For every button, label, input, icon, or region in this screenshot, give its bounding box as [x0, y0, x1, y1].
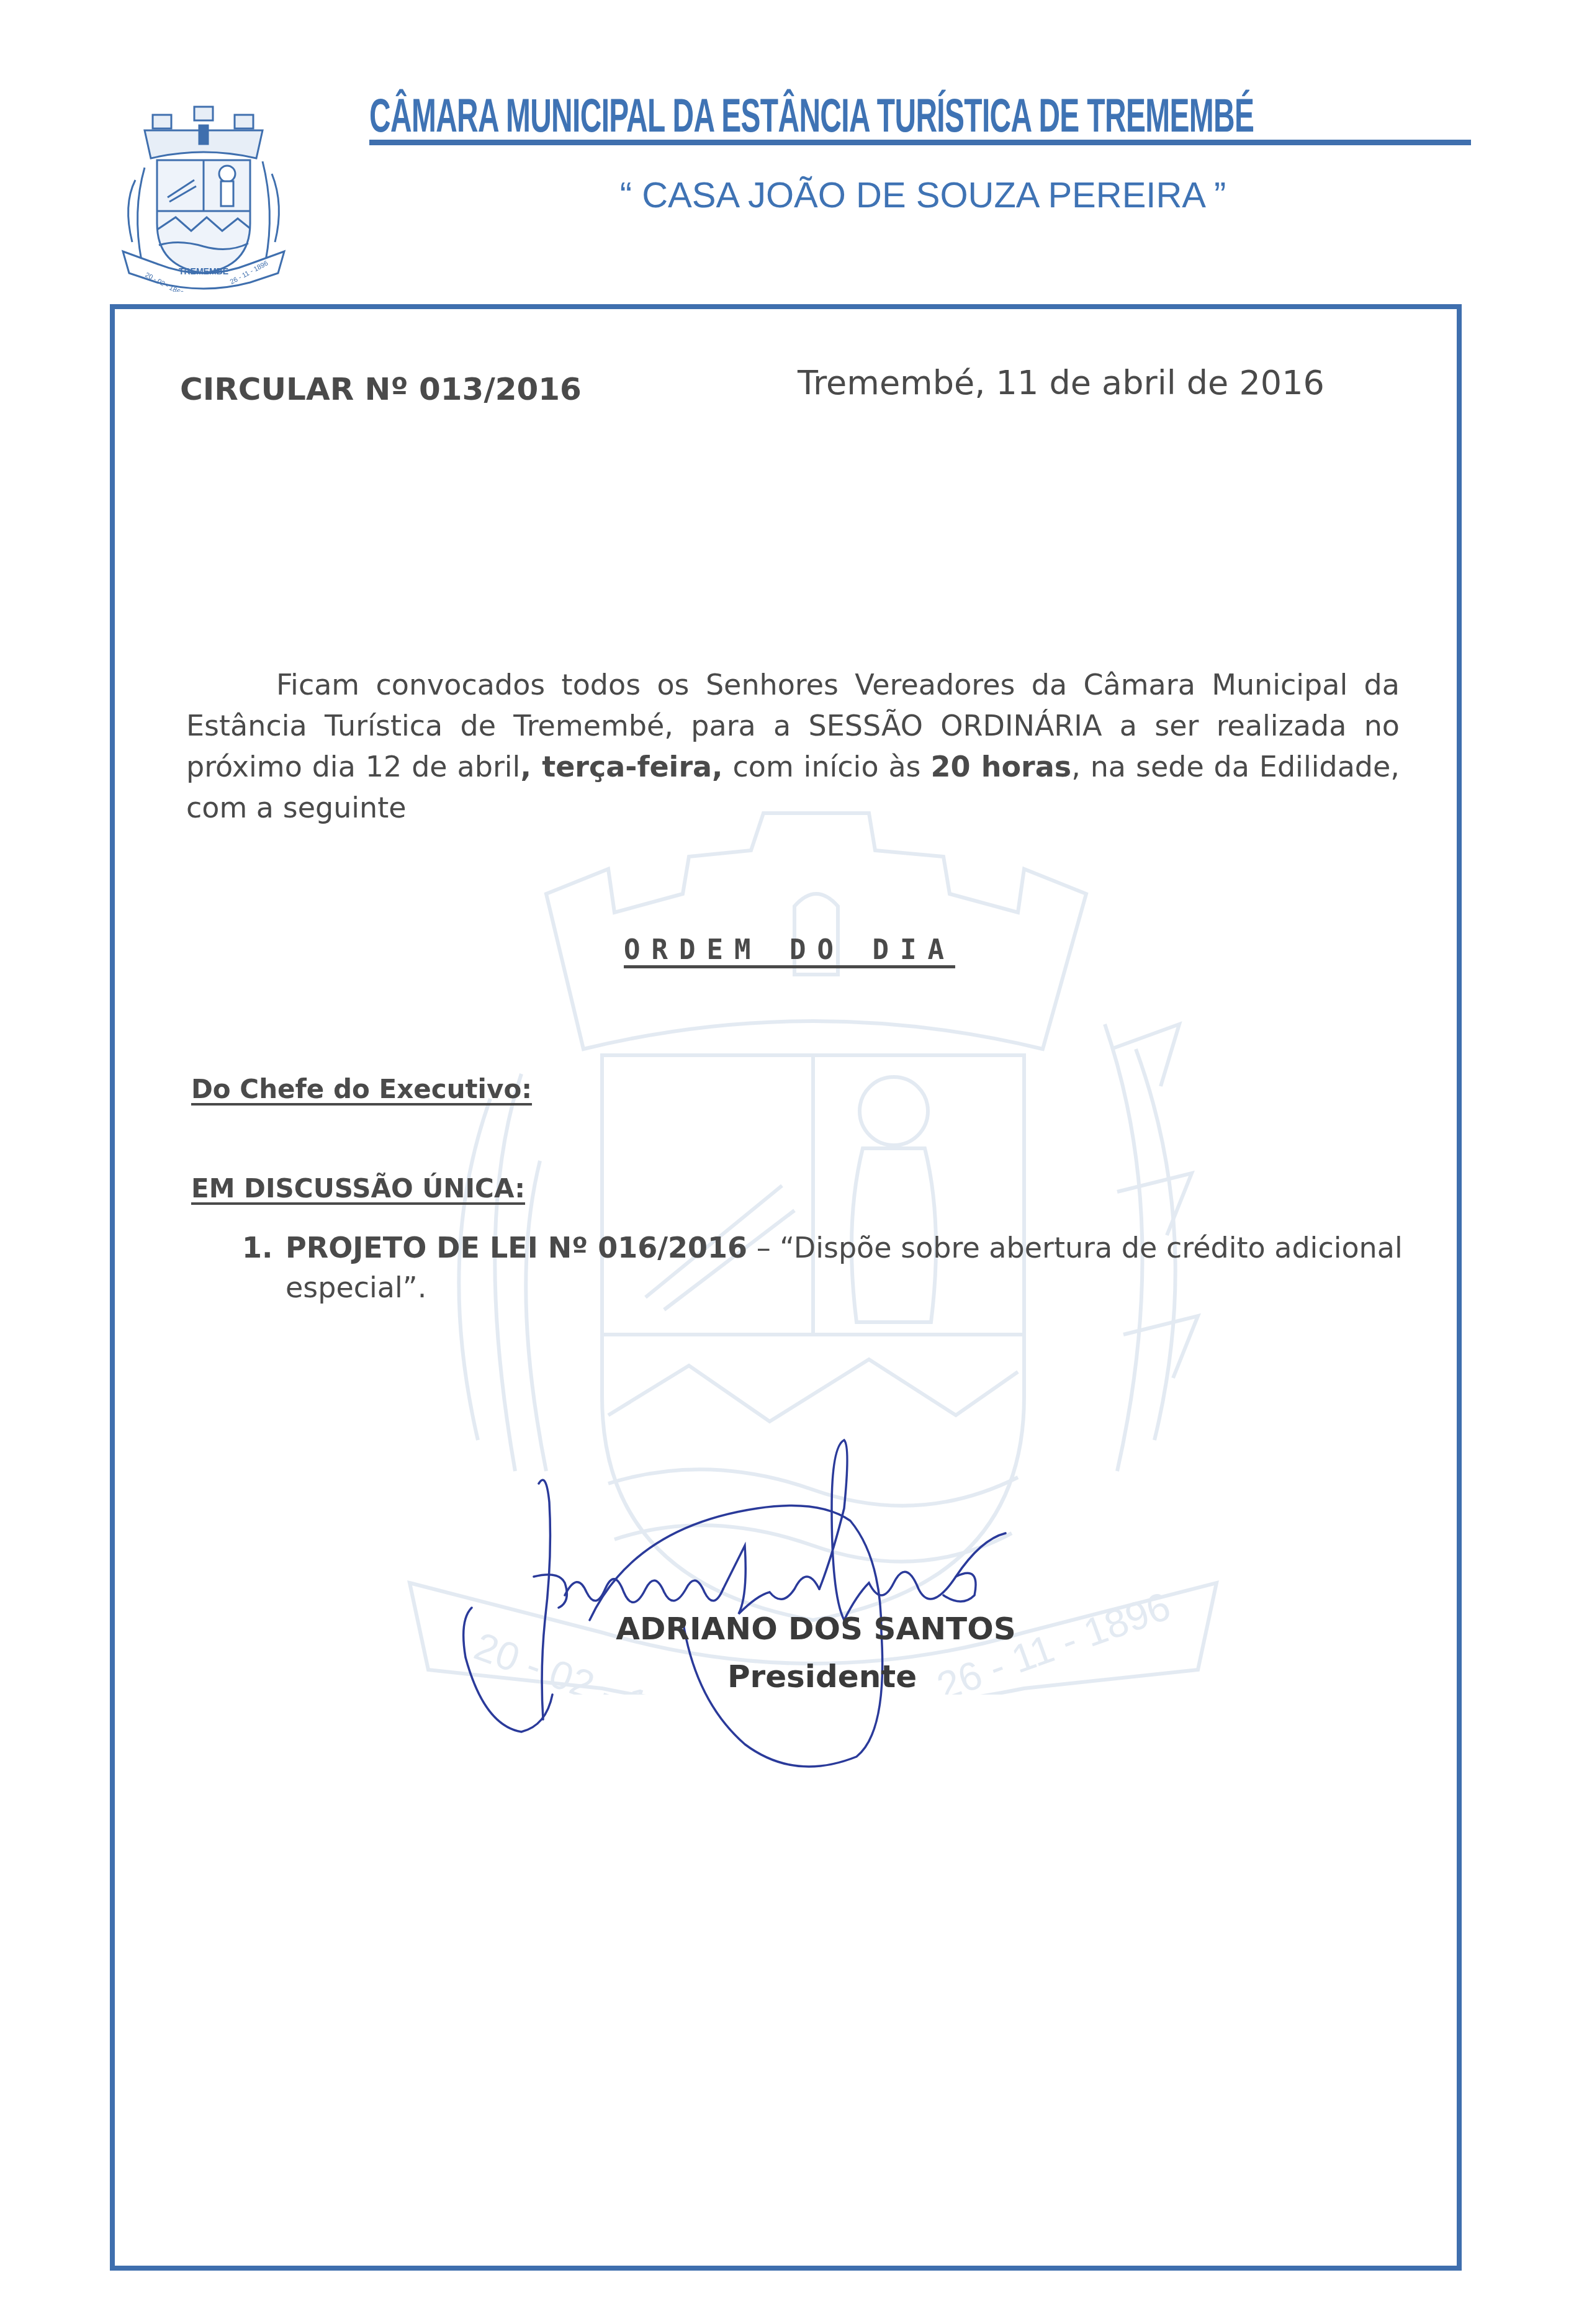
institution-title: CÂMARA MUNICIPAL DA ESTÂNCIA TURÍSTICA D…: [369, 92, 1065, 140]
signatory-role: Presidente: [0, 1659, 1579, 1695]
agenda-item: 1.PROJETO DE LEI Nº 016/2016 – “Dispõe s…: [242, 1228, 1406, 1307]
section-discussion-heading: EM DISCUSSÃO ÚNICA:: [191, 1173, 525, 1204]
paragraph-text: com início às: [723, 750, 931, 783]
bill-number: PROJETO DE LEI Nº 016/2016: [286, 1231, 747, 1264]
agenda-title-text: ORDEM DO DIA: [624, 934, 955, 966]
agenda-title: ORDEM DO DIA: [0, 934, 1579, 966]
handwritten-signature-icon: [447, 1434, 1142, 1781]
paragraph-weekday: , terça-feira,: [520, 750, 722, 783]
bill-description: “Dispõe sobre abertura de crédito adicio…: [780, 1231, 1402, 1264]
place-and-date: Tremembé, 11 de abril de 2016: [798, 363, 1325, 402]
convocation-paragraph: Ficam convocados todos os Senhores Verea…: [186, 664, 1400, 828]
item-number: 1.: [242, 1228, 286, 1268]
title-underline: [369, 140, 1471, 145]
bill-description-cont: especial”.: [242, 1268, 1406, 1307]
signatory-name: ADRIANO DOS SANTOS: [0, 1611, 1579, 1647]
item-separator: –: [747, 1231, 780, 1264]
svg-text:TREMEMBÉ: TREMEMBÉ: [179, 266, 228, 276]
circular-number: CIRCULAR Nº 013/2016: [180, 371, 582, 407]
paragraph-time: 20 horas: [930, 750, 1071, 783]
institution-subtitle: “ CASA JOÃO DE SOUZA PEREIRA ”: [0, 174, 1579, 217]
section-executive-heading: Do Chefe do Executivo:: [191, 1074, 532, 1104]
